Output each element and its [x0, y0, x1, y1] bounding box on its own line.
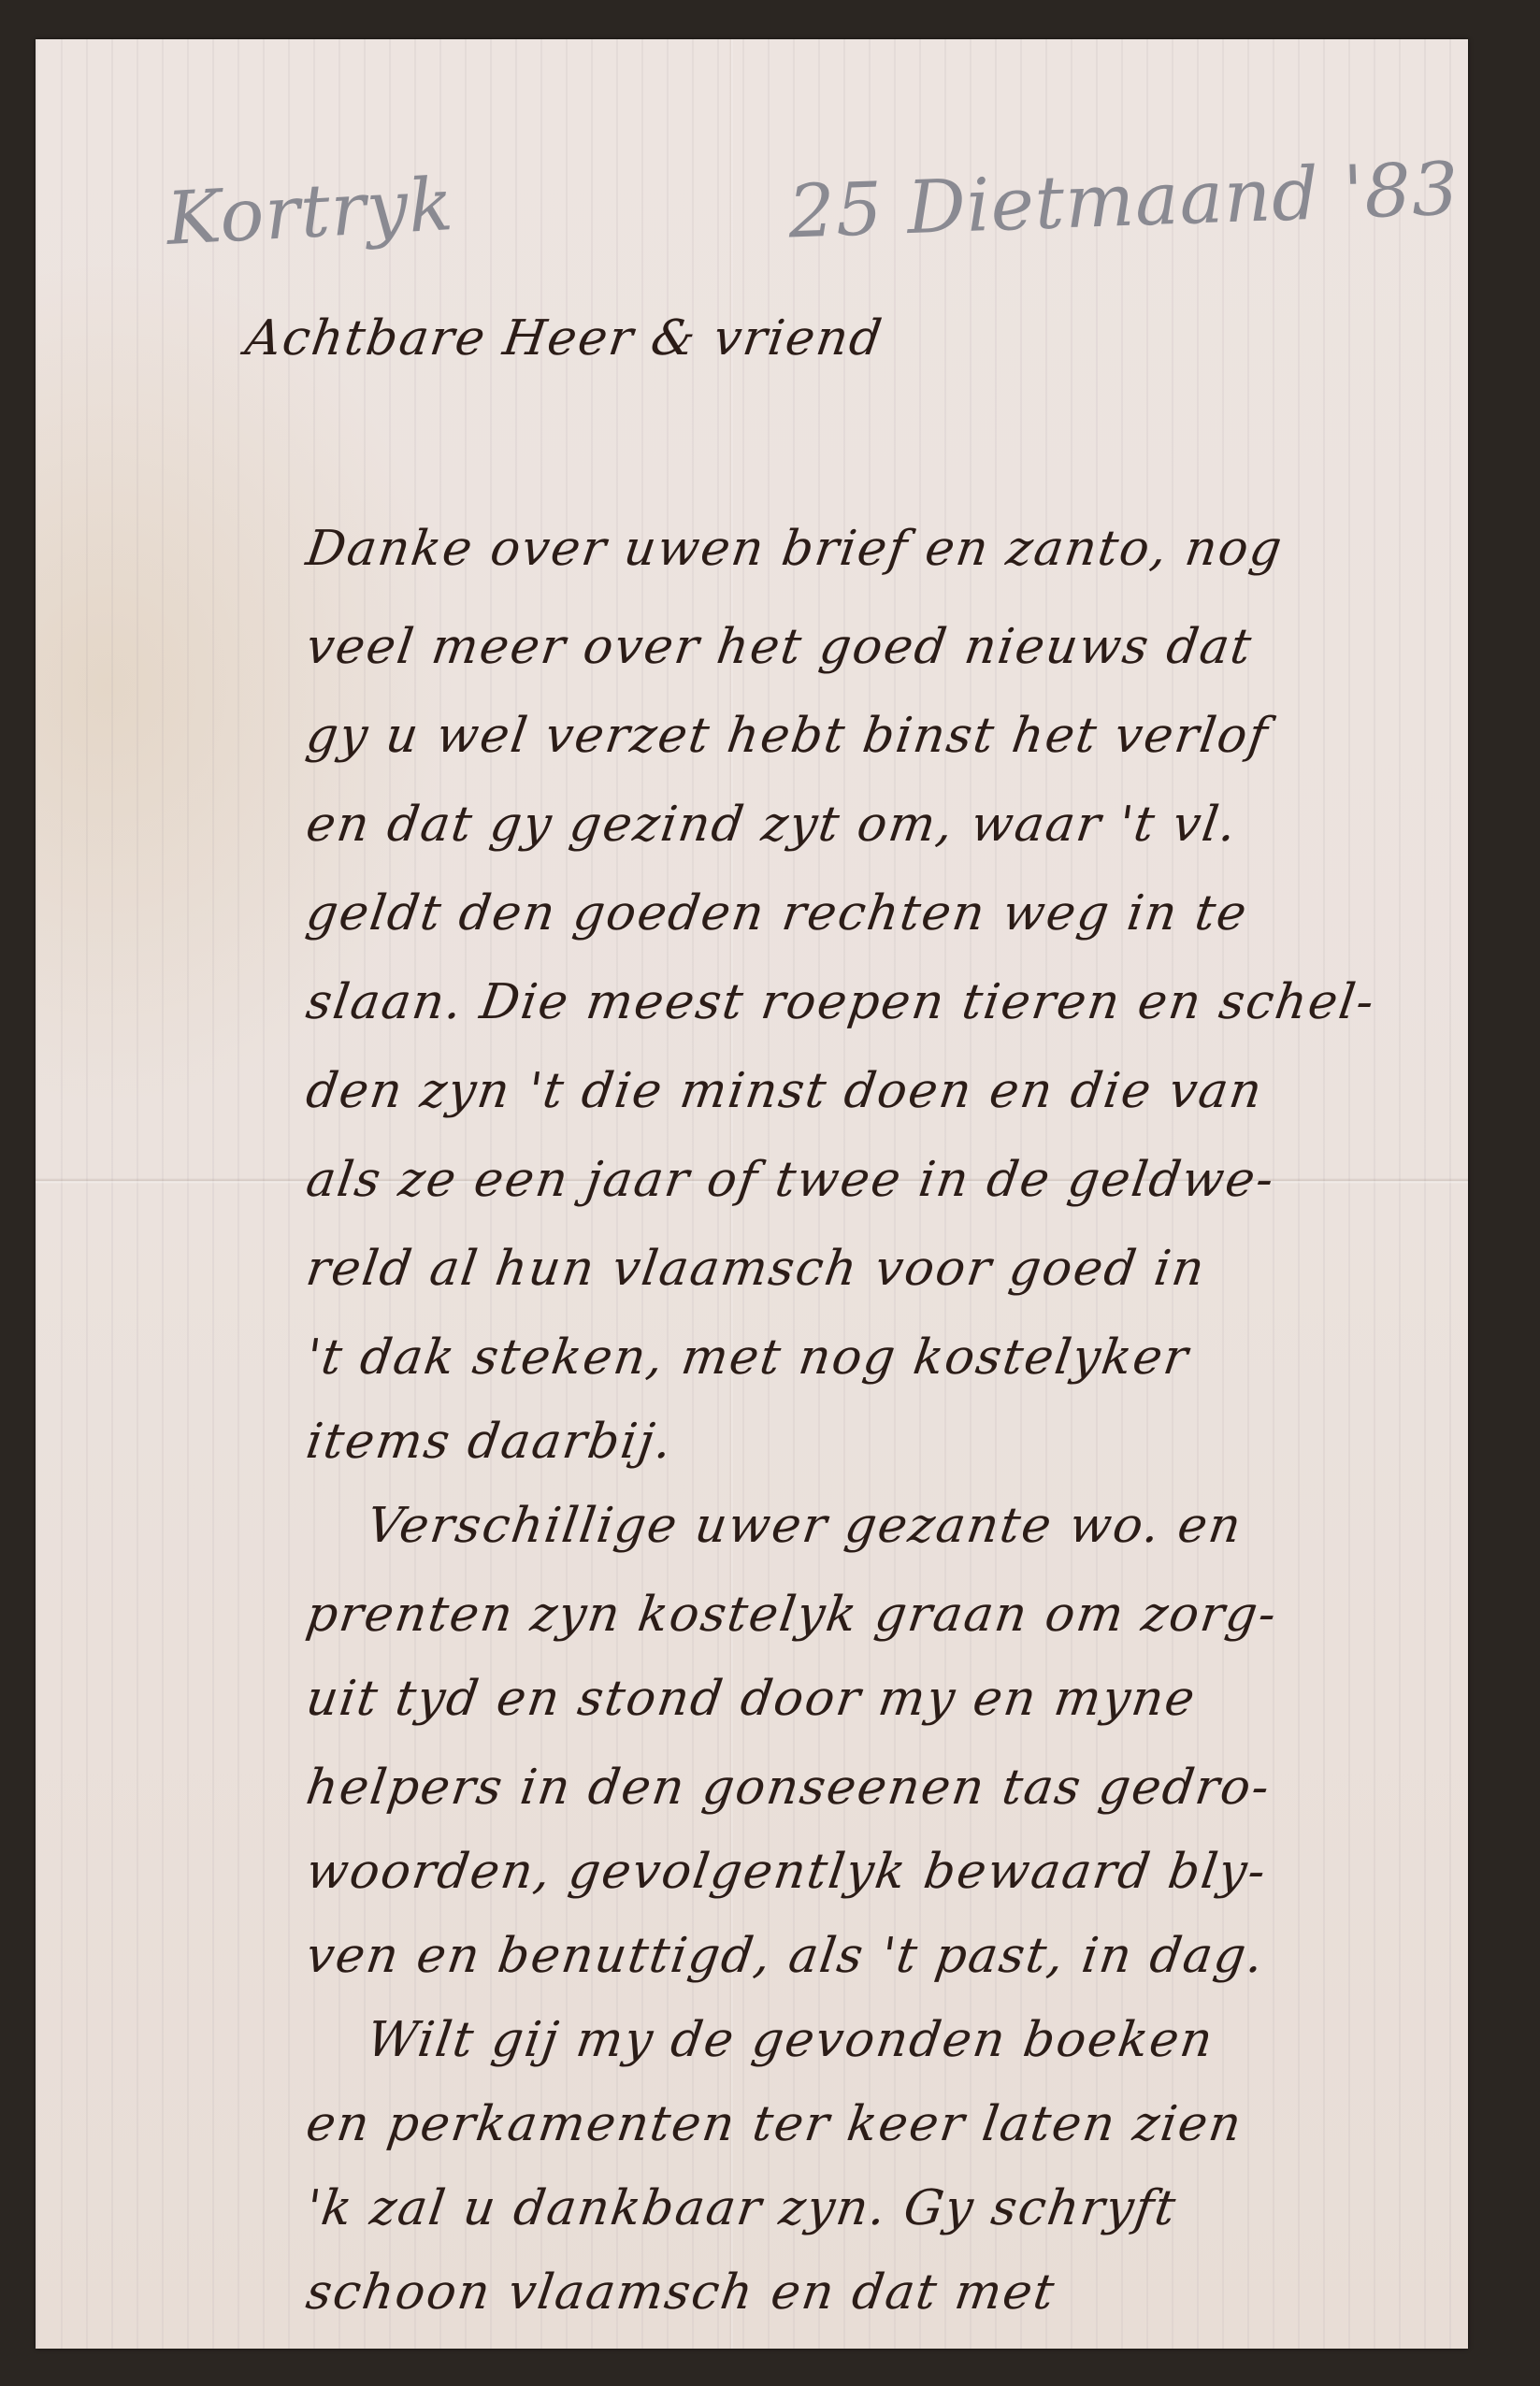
letter-line: ven en benuttigd, als 't past, in dag.: [303, 1928, 1269, 1984]
header-date: 25 Dietmaand '83: [787, 148, 1461, 255]
letter-line: woorden, gevolgentlyk bewaard bly-: [303, 1844, 1271, 1900]
letter-line: als ze een jaar of twee in de geldwe-: [303, 1152, 1279, 1208]
letter-line: prenten zyn kostelyk graan om zorg-: [303, 1587, 1281, 1643]
letter-line: Danke over uwen brief en zanto, nog: [303, 521, 1287, 577]
letter-line: Verschillige uwer gezante wo. en: [364, 1498, 1246, 1554]
letter-line: en dat gy gezind zyt om, waar 't vl.: [303, 797, 1242, 853]
header-place: Kortryk: [165, 163, 456, 262]
letter-line: en perkamenten ter keer laten zien: [303, 2096, 1246, 2152]
letter-line: schoon vlaamsch en dat met: [303, 2264, 1059, 2321]
letter-line: uit tyd en stond door my en myne: [303, 1671, 1200, 1727]
letter-line: helpers in den gonseenen tas gedro-: [303, 1760, 1274, 1816]
letter-line: 't dak steken, met nog kostelyker: [303, 1330, 1193, 1386]
salutation: Achtbare Heer & vriend: [242, 310, 886, 367]
letter-line: gy u wel verzet hebt binst het verlof: [303, 708, 1273, 764]
letter-line: 'k zal u dankbaar zyn. Gy schryft: [303, 2180, 1181, 2236]
letter-line: reld al hun vlaamsch voor goed in: [303, 1241, 1210, 1297]
letter-line: veel meer over het goed nieuws dat: [303, 619, 1257, 675]
letter-line: Wilt gij my de gevonden boeken: [364, 2012, 1217, 2068]
letter-line: items daarbij.: [303, 1414, 677, 1470]
letter-line: den zyn 't die minst doen en die van: [303, 1063, 1267, 1119]
letter-line: geldt den goeden rechten weg in te: [303, 885, 1252, 941]
letter-line: slaan. Die meest roepen tieren en schel-: [303, 974, 1379, 1030]
letter-page: Kortryk 25 Dietmaand '83 Achtbare Heer &…: [36, 39, 1468, 2349]
